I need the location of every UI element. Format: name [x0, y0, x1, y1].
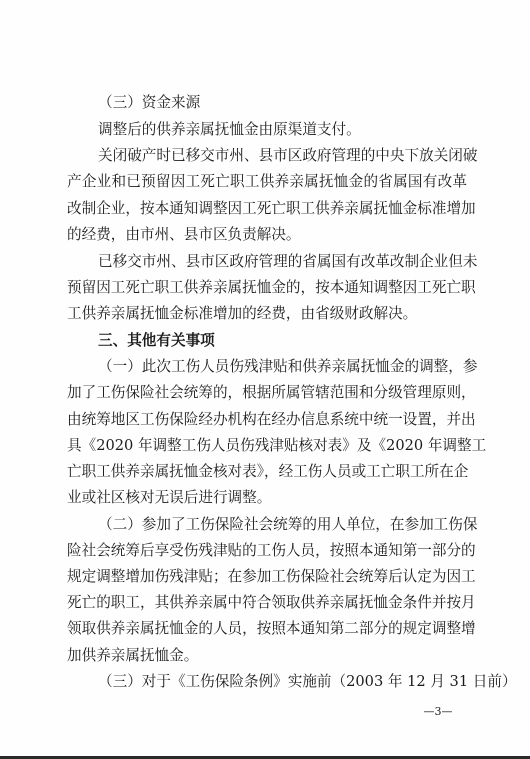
paragraph-line: 产企业和已预留因工死亡职工供养亲属抚恤金的省属国有改革 [67, 169, 467, 195]
paragraph-line: 死亡的职工，其供养亲属中符合领取供养亲属抚恤金条件并按月 [67, 590, 467, 616]
paragraph-line: 加了工伤保险社会统筹的，根据所属管辖范围和分级管理原则， [67, 380, 467, 406]
section-heading-other-matters: 三、其他有关事项 [98, 328, 467, 354]
paragraph-line: 领取供养亲属抚恤金的人员，按照本通知第二部分的规定调整增 [67, 616, 467, 642]
paragraph-line: 业或社区核对无误后进行调整。 [67, 485, 467, 511]
paragraph-line: 预留因工死亡职工供养亲属抚恤金的，按本通知调整因工死亡职 [67, 275, 467, 301]
document-page: （三）资金来源 调整后的供养亲属抚恤金由原渠道支付。 关闭破产时已移交市州、县市… [0, 0, 530, 756]
paragraph-line: 由统筹地区工伤保险经办机构在经办信息系统中统一设置，并出 [67, 407, 467, 433]
paragraph-line: 已移交市州、县市区政府管理的省属国有改革改制企业但未 [98, 249, 467, 275]
subsection-heading-funding-source: （三）资金来源 [98, 90, 467, 116]
paragraph-line: 调整后的供养亲属抚恤金由原渠道支付。 [98, 117, 467, 143]
paragraph-line: 的经费，由市州、县市区负责解决。 [67, 222, 467, 248]
paragraph-line: 加供养亲属抚恤金。 [67, 643, 467, 669]
paragraph-line: 具《2020 年调整工伤人员伤残津贴核对表》及《2020 年调整工 [67, 433, 467, 459]
paragraph-line: （三）对于《工伤保险条例》实施前（2003 年 12 月 31 日前） [98, 669, 467, 695]
paragraph-line: 亡职工供养亲属抚恤金核对表》，经工伤人员或工亡职工所在企 [67, 459, 467, 485]
paragraph-line: 险社会统筹后享受伤残津贴的工伤人员，按照本通知第一部分的 [67, 538, 467, 564]
paragraph-line: 关闭破产时已移交市州、县市区政府管理的中央下放关闭破 [98, 143, 467, 169]
paragraph-line: 改制企业，按本通知调整因工死亡职工供养亲属抚恤金标准增加 [67, 196, 467, 222]
page-number: —3— [418, 703, 458, 721]
paragraph-line: （二）参加了工伤保险社会统筹的用人单位，在参加工伤保 [98, 512, 467, 538]
paragraph-line: 规定调整增加伤残津贴；在参加工伤保险社会统筹后认定为因工 [67, 564, 467, 590]
paragraph-line: （一）此次工伤人员伤残津贴和供养亲属抚恤金的调整，参 [98, 354, 467, 380]
paragraph-line: 工供养亲属抚恤金标准增加的经费，由省级财政解决。 [67, 301, 467, 327]
